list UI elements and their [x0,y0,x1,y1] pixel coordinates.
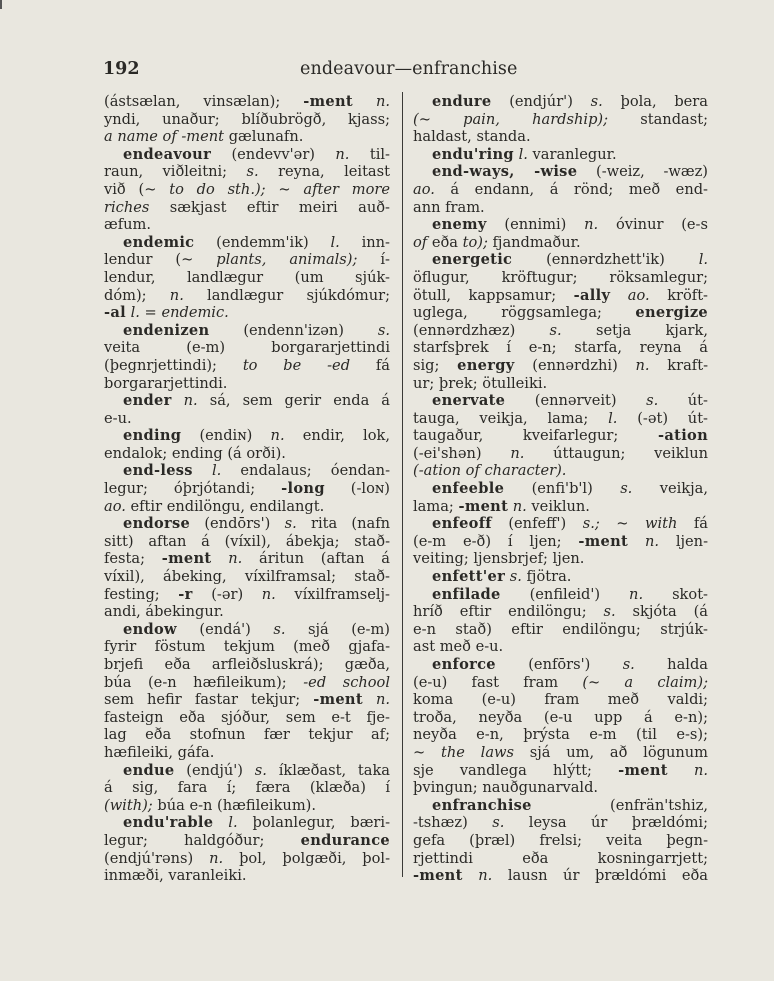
text [211,550,228,567]
italic-text: to); [463,234,488,251]
italic-text: l. [228,814,237,831]
entry-headline: end-less l. endalaus; óendan- [104,462,390,480]
text: sjá um, að lögunum [514,744,708,761]
text: fá [350,357,390,374]
text: endalaus; óendan- [221,462,390,479]
text: kröft- [650,287,708,304]
headword: energetic [432,251,512,268]
text: (endōrs') [190,515,284,532]
headword: -ment [162,550,212,567]
headword: endu'ring [432,146,514,163]
entry-line: borgararjettindi. [104,375,390,393]
text: tauga, veikja, lama; [413,410,608,427]
text: e-n stað) eftir endilöngu; strjúk- [413,621,708,638]
italic-text: n. [629,586,643,603]
headword: endow [123,621,177,638]
entry-headline: enfeoff (enfeff') s.; ~ with fá [413,515,708,533]
headword: endemic [123,234,194,251]
entry-line: ao. á endann, á rönd; með end- [413,181,708,199]
italic-text: n. [335,146,349,163]
headword: enfranchise [432,797,532,814]
text: festing; [104,586,178,603]
text: rita (nafn [297,515,390,532]
italic-text: l. [212,462,221,479]
italic-text: (~ pain, hardship); [413,111,608,128]
text: (endjúr') [491,93,590,110]
text: sækjast eftir meiri auð- [149,199,390,216]
entry-line: tauga, veikja, lama; l. (-ət) út- [413,410,708,428]
italic-text: s. [285,515,297,532]
text: þol, þolgæði, þol- [223,850,390,867]
headword: -al [104,304,126,321]
text [628,533,645,550]
italic-text: -ed school [303,674,390,691]
entry-line: andi, ábekingur. [104,603,390,621]
text: fá [677,515,708,532]
italic-text: s. [591,93,603,110]
text: hríð eftir endilöngu; [413,603,604,620]
left-column: (ástsælan, vinsælan); -ment n.yndi, unað… [104,93,390,885]
text: (endenn'izən) [209,322,377,339]
text: búa (e-n hæfileikum); [104,674,303,691]
text: (e-m e-ð) í ljen; [413,533,578,550]
text [193,462,212,479]
entry-line: festing; -r (-ər) n. víxilframselj- [104,586,390,604]
italic-text: s. [492,814,504,831]
right-column: endure (endjúr') s. þola, bera(~ pain, h… [413,93,708,885]
text: (enfōrs') [496,656,623,673]
entry-headline: end-ways, -wise (-weiz, -wæz) [413,163,708,181]
italic-text: s. [378,322,390,339]
entry-line: fyrir föstum tekjum (með gjafa- [104,638,390,656]
entry-headline: enemy (ennimi) n. óvinur (e-s [413,216,708,234]
headword: enervate [432,392,505,409]
text: (-ət) út- [617,410,708,427]
entry-line: dóm); n. landlægur sjúkdómur; [104,287,390,305]
text: sjá (e-m) [286,621,390,638]
italic-text: of [413,234,427,251]
entry-line: yndi, unaður; blíðubrögð, kjass; [104,111,390,129]
entry-line: ur; þrek; ötulleiki. [413,375,708,393]
italic-text: n. [170,287,184,304]
entry-line: (e-m e-ð) í ljen; -ment n. ljen- [413,533,708,551]
text: varanlegur. [528,146,617,163]
entry-headline: enfilade (enfileid') n. skot- [413,586,708,604]
headword: energize [635,304,708,321]
text: (ástsælan, vinsælan); [104,93,303,110]
entry-line: koma (e-u) fram með valdi; [413,691,708,709]
italic-text: n. [584,216,598,233]
text: andi, ábekingur. [104,603,224,620]
entry-line: lendur (~ plants, animals); í- [104,251,390,269]
text: gælunafn. [224,128,303,145]
text: veiting; ljensbrjef; ljen. [413,550,584,567]
headword: enfeeble [432,480,504,497]
headword: -ment [578,533,628,550]
italic-text: n. [694,762,708,779]
entry-line: neyða e-n, þrýsta e-m (til e-s); [413,726,708,744]
text: veita (e-m) borgararjettindi [104,339,390,356]
text: þola, bera [603,93,708,110]
text: fjandmaður. [488,234,581,251]
text: neyða e-n, þrýsta e-m (til e-s); [413,726,708,743]
text: áritun (aftan á [242,550,390,567]
text: rjettindi eða kosningarrjett; [413,850,708,867]
entry-headline: enfett'er s. fjötra. [413,568,708,586]
headword: enfeoff [432,515,492,532]
headword: -ment [458,498,508,515]
headword: -ment [313,691,363,708]
italic-text: n. [228,550,242,567]
entry-headline: endu'ring l. varanlegur. [413,146,708,164]
text: úttaugun; veiklun [524,445,708,462]
entry-line: festa; -ment n. áritun (aftan á [104,550,390,568]
text: taugaður, kveifarlegur; [413,427,658,444]
italic-text: n. [636,357,650,374]
italic-text: n. [376,691,390,708]
entry-line: brjefi eða arfleiðsluskrá); gæða, [104,656,390,674]
text: hæfileiki, gáfa. [104,744,214,761]
text: (ennərdzhæz) [413,322,550,339]
text: við ( [104,181,144,198]
text: sig; [413,357,457,374]
entry-headline: endemic (endemm'ik) l. inn- [104,234,390,252]
headword: end-ways, -wise [432,163,577,180]
entry-line: við (~ to do sth.); ~ after more [104,181,390,199]
italic-text: s. [510,568,522,585]
entry-line: starfsþrek í e-n; starfa, reyna á [413,339,708,357]
entry-line: sem hefir fastar tekjur; -ment n. [104,691,390,709]
headword: -ally [574,287,611,304]
headword: endurance [301,832,390,849]
italic-text: n. [209,850,223,867]
headword: endenizen [123,322,209,339]
headword: -ment [303,93,353,110]
headword: -long [281,480,325,497]
italic-text: ~ to do sth.); ~ after more [144,181,390,198]
italic-text: s. [646,392,658,409]
text: lendur ( [104,251,181,268]
entry-headline: enervate (ennərveit) s. út- [413,392,708,410]
text: (endevv'ər) [211,146,335,163]
page-header: 192 endeavour—enfranchise [103,58,743,80]
entry-line: hæfileiki, gáfa. [104,744,390,762]
text: veikja, [632,480,708,497]
headword: endu'rable [123,814,213,831]
entry-headline: enfeeble (enfi'b'l) s. veikja, [413,480,708,498]
text: (ennərdzhi) [515,357,636,374]
entry-line: uglega, röggsamlega; energize [413,304,708,322]
italic-text: ao. [413,181,435,198]
text: (-loɴ) [325,480,390,497]
text: (enfileid') [501,586,629,603]
text: = [140,304,162,321]
entry-line: (-ation of character). [413,462,708,480]
text: sitt) aftan á (víxil), ábekja; stað- [104,533,390,550]
italic-text: n. [510,445,524,462]
headword: -ation [658,427,708,444]
text: þolanlegur, bæri- [238,814,390,831]
italic-text: s. [255,762,267,779]
text: víxilframselj- [276,586,390,603]
italic-text: s. [247,163,259,180]
text [172,392,184,409]
text: fjötra. [522,568,572,585]
italic-text: ao. [628,287,650,304]
italic-text: s. [604,603,616,620]
italic-text: (-ation of character). [413,462,566,479]
headword: -r [178,586,192,603]
text: þvingun; nauðgunarvald. [413,779,598,796]
text: æfum. [104,216,151,233]
entry-line: (~ pain, hardship); standast; [413,111,708,129]
text: sje vandlega hlýtt; [413,762,618,779]
italic-text: n. [184,392,198,409]
entry-line: (endjú'rəns) n. þol, þolgæði, þol- [104,850,390,868]
text: troða, neyða (e-u upp á e-n); [413,709,708,726]
entry-line: legur; óþrjótandi; -long (-loɴ) [104,480,390,498]
text: íklæðast, taka [267,762,390,779]
text: ast með e-u. [413,638,503,655]
text: koma (e-u) fram með valdi; [413,691,708,708]
text: gefa (þræl) frelsi; veita þegn- [413,832,708,849]
entry-headline: energetic (ennərdzhett'ik) l. [413,251,708,269]
entry-headline: enforce (enfōrs') s. halda [413,656,708,674]
italic-text: n. [271,427,285,444]
text: (þegnrjettindi); [104,357,243,374]
text: setja kjark, [562,322,708,339]
text [213,814,228,831]
entry-line: ao. eftir endilöngu, endilangt. [104,498,390,516]
entry-line: lama; -ment n. veiklun. [413,498,708,516]
italic-text: s. [623,656,635,673]
italic-text: endemic. [161,304,228,321]
headword: end-less [123,462,193,479]
text: fyrir föstum tekjum (með gjafa- [104,638,390,655]
italic-text: ao. [104,498,126,515]
text: (-ei'shən) [413,445,510,462]
text [353,93,376,110]
text: yndi, unaður; blíðubrögð, kjass; [104,111,390,128]
entry-headline: endue (endjú') s. íklæðast, taka [104,762,390,780]
text: (endjú') [175,762,255,779]
page-number: 192 [103,58,140,80]
headword: -ment [618,762,668,779]
text: (-ər) [193,586,262,603]
entry-line: veita (e-m) borgararjettindi [104,339,390,357]
italic-text: n. [645,533,659,550]
text: reyna, leitast [259,163,390,180]
headword: enfett'er [432,568,505,585]
entry-line: (þegnrjettindi); to be -ed fá [104,357,390,375]
entry-line: veiting; ljensbrjef; ljen. [413,550,708,568]
text: (ennərdzhett'ik) [512,251,698,268]
entry-headline: endeavour (endevv'ər) n. til- [104,146,390,164]
entry-line: gefa (þræl) frelsi; veita þegn- [413,832,708,850]
italic-text: n. [262,586,276,603]
text: skot- [643,586,708,603]
text: (e-u) fast fram [413,674,582,691]
headword: energy [457,357,514,374]
text: endalok; ending (á orði). [104,445,286,462]
text: öflugur, kröftugur; röksamlegur; [413,269,708,286]
italic-text: ~ plants, animals); [181,251,357,268]
entry-line: (e-u) fast fram (~ a claim); [413,674,708,692]
text: landlægur sjúkdómur; [184,287,390,304]
entry-line: lag eða stofnun fær tekjur af; [104,726,390,744]
text: (enfi'b'l) [504,480,620,497]
text: lag eða stofnun fær tekjur af; [104,726,390,743]
italic-text: l. [519,146,528,163]
text: haldast, standa. [413,128,531,145]
entry-headline: endow (endá') s. sjá (e-m) [104,621,390,639]
headword: enforce [432,656,496,673]
text: festa; [104,550,162,567]
text: -tshæz) [413,814,492,831]
entry-line: e-u. [104,410,390,428]
text: sá, sem gerir enda á [198,392,390,409]
entry-line: sje vandlega hlýtt; -ment n. [413,762,708,780]
text: brjefi eða arfleiðsluskrá); gæða, [104,656,390,673]
entry-headline: endu'rable l. þolanlegur, bæri- [104,814,390,832]
text: leysa úr þrældómi; [504,814,708,831]
entry-line: víxil), ábeking, víxilframsal; stað- [104,568,390,586]
text: (endemm'ik) [194,234,330,251]
entry-line: öflugur, kröftugur; röksamlegur; [413,269,708,287]
italic-text: n. [376,93,390,110]
entry-line: sitt) aftan á (víxil), ábekja; stað- [104,533,390,551]
text: ann fram. [413,199,485,216]
text: (enfrän'tshiz, [532,797,708,814]
entry-line: e-n stað) eftir endilöngu; strjúk- [413,621,708,639]
italic-text: l. [331,234,340,251]
italic-text: (with); [104,797,153,814]
text: (ennimi) [487,216,585,233]
entry-line: troða, neyða (e-u upp á e-n); [413,709,708,727]
text: (endiɴ) [181,427,270,444]
headword: endue [123,762,175,779]
headword: ending [123,427,181,444]
entry-line: hríð eftir endilöngu; s. skjóta (á [413,603,708,621]
text: (endjú'rəns) [104,850,209,867]
entry-line: sig; energy (ennərdzhi) n. kraft- [413,357,708,375]
entry-line: riches sækjast eftir meiri auð- [104,199,390,217]
entry-line: haldast, standa. [413,128,708,146]
headword: endorse [123,515,190,532]
text: sem hefir fastar tekjur; [104,691,313,708]
text: dóm); [104,287,170,304]
scan-edge-mark [0,0,2,9]
italic-text: n. [478,867,492,884]
headword: enemy [432,216,487,233]
text: (endá') [177,621,273,638]
text: lama; [413,498,458,515]
italic-text: ~ the laws [413,744,514,761]
text: legur; óþrjótandi; [104,480,281,497]
text: veiklun. [527,498,590,515]
text: eftir endilöngu, endilangt. [126,498,324,515]
italic-text: a name of -ment [104,128,224,145]
headword: -ment [413,867,463,884]
text: starfsþrek í e-n; starfa, reyna á [413,339,708,356]
text: ljen- [659,533,708,550]
entry-line: (-ei'shən) n. úttaugun; veiklun [413,445,708,463]
text: í- [357,251,390,268]
text [668,762,694,779]
entry-headline: enfranchise (enfrän'tshiz, [413,797,708,815]
text: legur; haldgóður; [104,832,301,849]
entry-line: á sig, fara í; færa (klæða) í [104,779,390,797]
entry-line: ötull, kappsamur; -ally ao. kröft- [413,287,708,305]
text: til- [349,146,390,163]
italic-text: s. [620,480,632,497]
italic-text: s. [273,621,285,638]
entry-line: ast með e-u. [413,638,708,656]
entry-line: a name of -ment gælunafn. [104,128,390,146]
text [363,691,376,708]
text: uglega, röggsamlega; [413,304,635,321]
text: raun, viðleitni; [104,163,247,180]
italic-text: to be -ed [243,357,350,374]
entry-line: ~ the laws sjá um, að lögunum [413,744,708,762]
entry-line: (with); búa e-n (hæfileikum). [104,797,390,815]
entry-line: þvingun; nauðgunarvald. [413,779,708,797]
text [463,867,479,884]
text: borgararjettindi. [104,375,227,392]
italic-text: l. [608,410,617,427]
entry-line: æfum. [104,216,390,234]
text: víxil), ábeking, víxilframsal; stað- [104,568,390,585]
text: óvinur (e-s [598,216,708,233]
text: búa e-n (hæfileikum). [153,797,316,814]
headword: enfilade [432,586,501,603]
text: halda [635,656,708,673]
entry-line: (ástsælan, vinsælan); -ment n. [104,93,390,111]
text: (ennərveit) [505,392,646,409]
entry-line: lendur, landlægur (um sjúk- [104,269,390,287]
text: skjóta (á [616,603,708,620]
text: ötull, kappsamur; [413,287,574,304]
text: lendur, landlægur (um sjúk- [104,269,390,286]
entry-line: endalok; ending (á orði). [104,445,390,463]
entry-line: ann fram. [413,199,708,217]
text: á endann, á rönd; með end- [435,181,708,198]
italic-text: l. [131,304,140,321]
entry-line: taugaður, kveifarlegur; -ation [413,427,708,445]
italic-text: (~ a claim); [582,674,708,691]
entry-line: -al l. = endemic. [104,304,390,322]
entry-line: inmæði, varanleiki. [104,867,390,885]
headword: endeavour [123,146,211,163]
entry-headline: endure (endjúr') s. þola, bera [413,93,708,111]
entry-line: fasteign eða sjóður, sem e-t fje- [104,709,390,727]
entry-line: of eða to); fjandmaður. [413,234,708,252]
text: á sig, fara í; færa (klæða) í [104,779,390,796]
text: lausn úr þrældómi eða [492,867,708,884]
headword: ender [123,392,172,409]
text: út- [658,392,708,409]
entry-line: rjettindi eða kosningarrjett; [413,850,708,868]
entry-line: -tshæz) s. leysa úr þrældómi; [413,814,708,832]
text: inmæði, varanleiki. [104,867,247,884]
entry-line: legur; haldgóður; endurance [104,832,390,850]
text [610,287,628,304]
entry-line: -ment n. lausn úr þrældómi eða [413,867,708,885]
text: eða [427,234,462,251]
italic-text: s. [550,322,562,339]
entry-headline: endorse (endōrs') s. rita (nafn [104,515,390,533]
text: (enfeff') [492,515,583,532]
